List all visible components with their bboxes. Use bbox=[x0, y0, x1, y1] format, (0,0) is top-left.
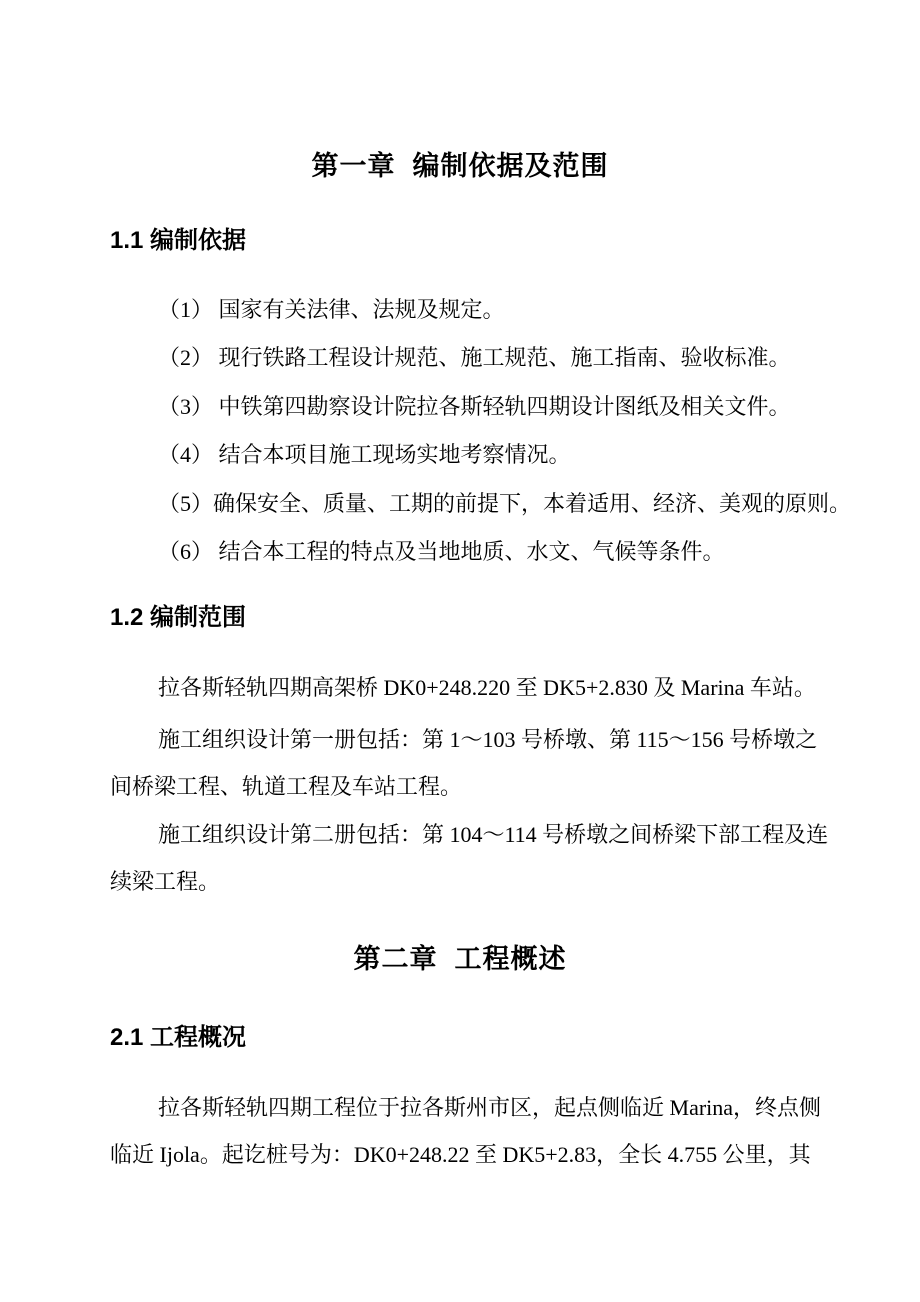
paragraph-line: 施工组织设计第二册包括：第 104～114 号桥墩之间桥梁下部工程及连 bbox=[110, 820, 830, 850]
paragraph-line: 拉各斯轻轨四期高架桥 DK0+248.220 至 DK5+2.830 及 Mar… bbox=[110, 673, 830, 703]
paragraph-line: 拉各斯轻轨四期工程位于拉各斯州市区，起点侧临近 Marina，终点侧 bbox=[110, 1093, 830, 1123]
section-2-1-heading: 2.1 工程概况 bbox=[110, 1023, 246, 1053]
document-page: 第一章 编制依据及范围 1.1 编制依据 （1） 国家有关法律、法规及规定。 （… bbox=[0, 0, 920, 1302]
paragraph-line: 临近 Ijola。起讫桩号为：DK0+248.22 至 DK5+2.83，全长 … bbox=[110, 1140, 830, 1170]
paragraph-line: 施工组织设计第一册包括：第 1～103 号桥墩、第 115～156 号桥墩之 bbox=[110, 725, 830, 755]
list-item-6: （6） 结合本工程的特点及当地地质、水文、气候等条件。 bbox=[110, 537, 830, 567]
list-item-4: （4） 结合本项目施工现场实地考察情况。 bbox=[110, 440, 830, 470]
list-item-5: （5）确保安全、质量、工期的前提下，本着适用、经济、美观的原则。 bbox=[110, 489, 830, 519]
section-1-2-heading: 1.2 编制范围 bbox=[110, 603, 246, 633]
paragraph-line: 续梁工程。 bbox=[110, 867, 830, 897]
list-item-1: （1） 国家有关法律、法规及规定。 bbox=[110, 295, 830, 325]
chapter-2-title: 第二章 工程概述 bbox=[0, 941, 920, 977]
list-item-3: （3） 中铁第四勘察设计院拉各斯轻轨四期设计图纸及相关文件。 bbox=[110, 392, 830, 422]
list-item-2: （2） 现行铁路工程设计规范、施工规范、施工指南、验收标准。 bbox=[110, 343, 830, 373]
paragraph-line: 间桥梁工程、轨道工程及车站工程。 bbox=[110, 772, 830, 802]
chapter-1-title: 第一章 编制依据及范围 bbox=[0, 148, 920, 184]
section-1-1-heading: 1.1 编制依据 bbox=[110, 226, 246, 256]
